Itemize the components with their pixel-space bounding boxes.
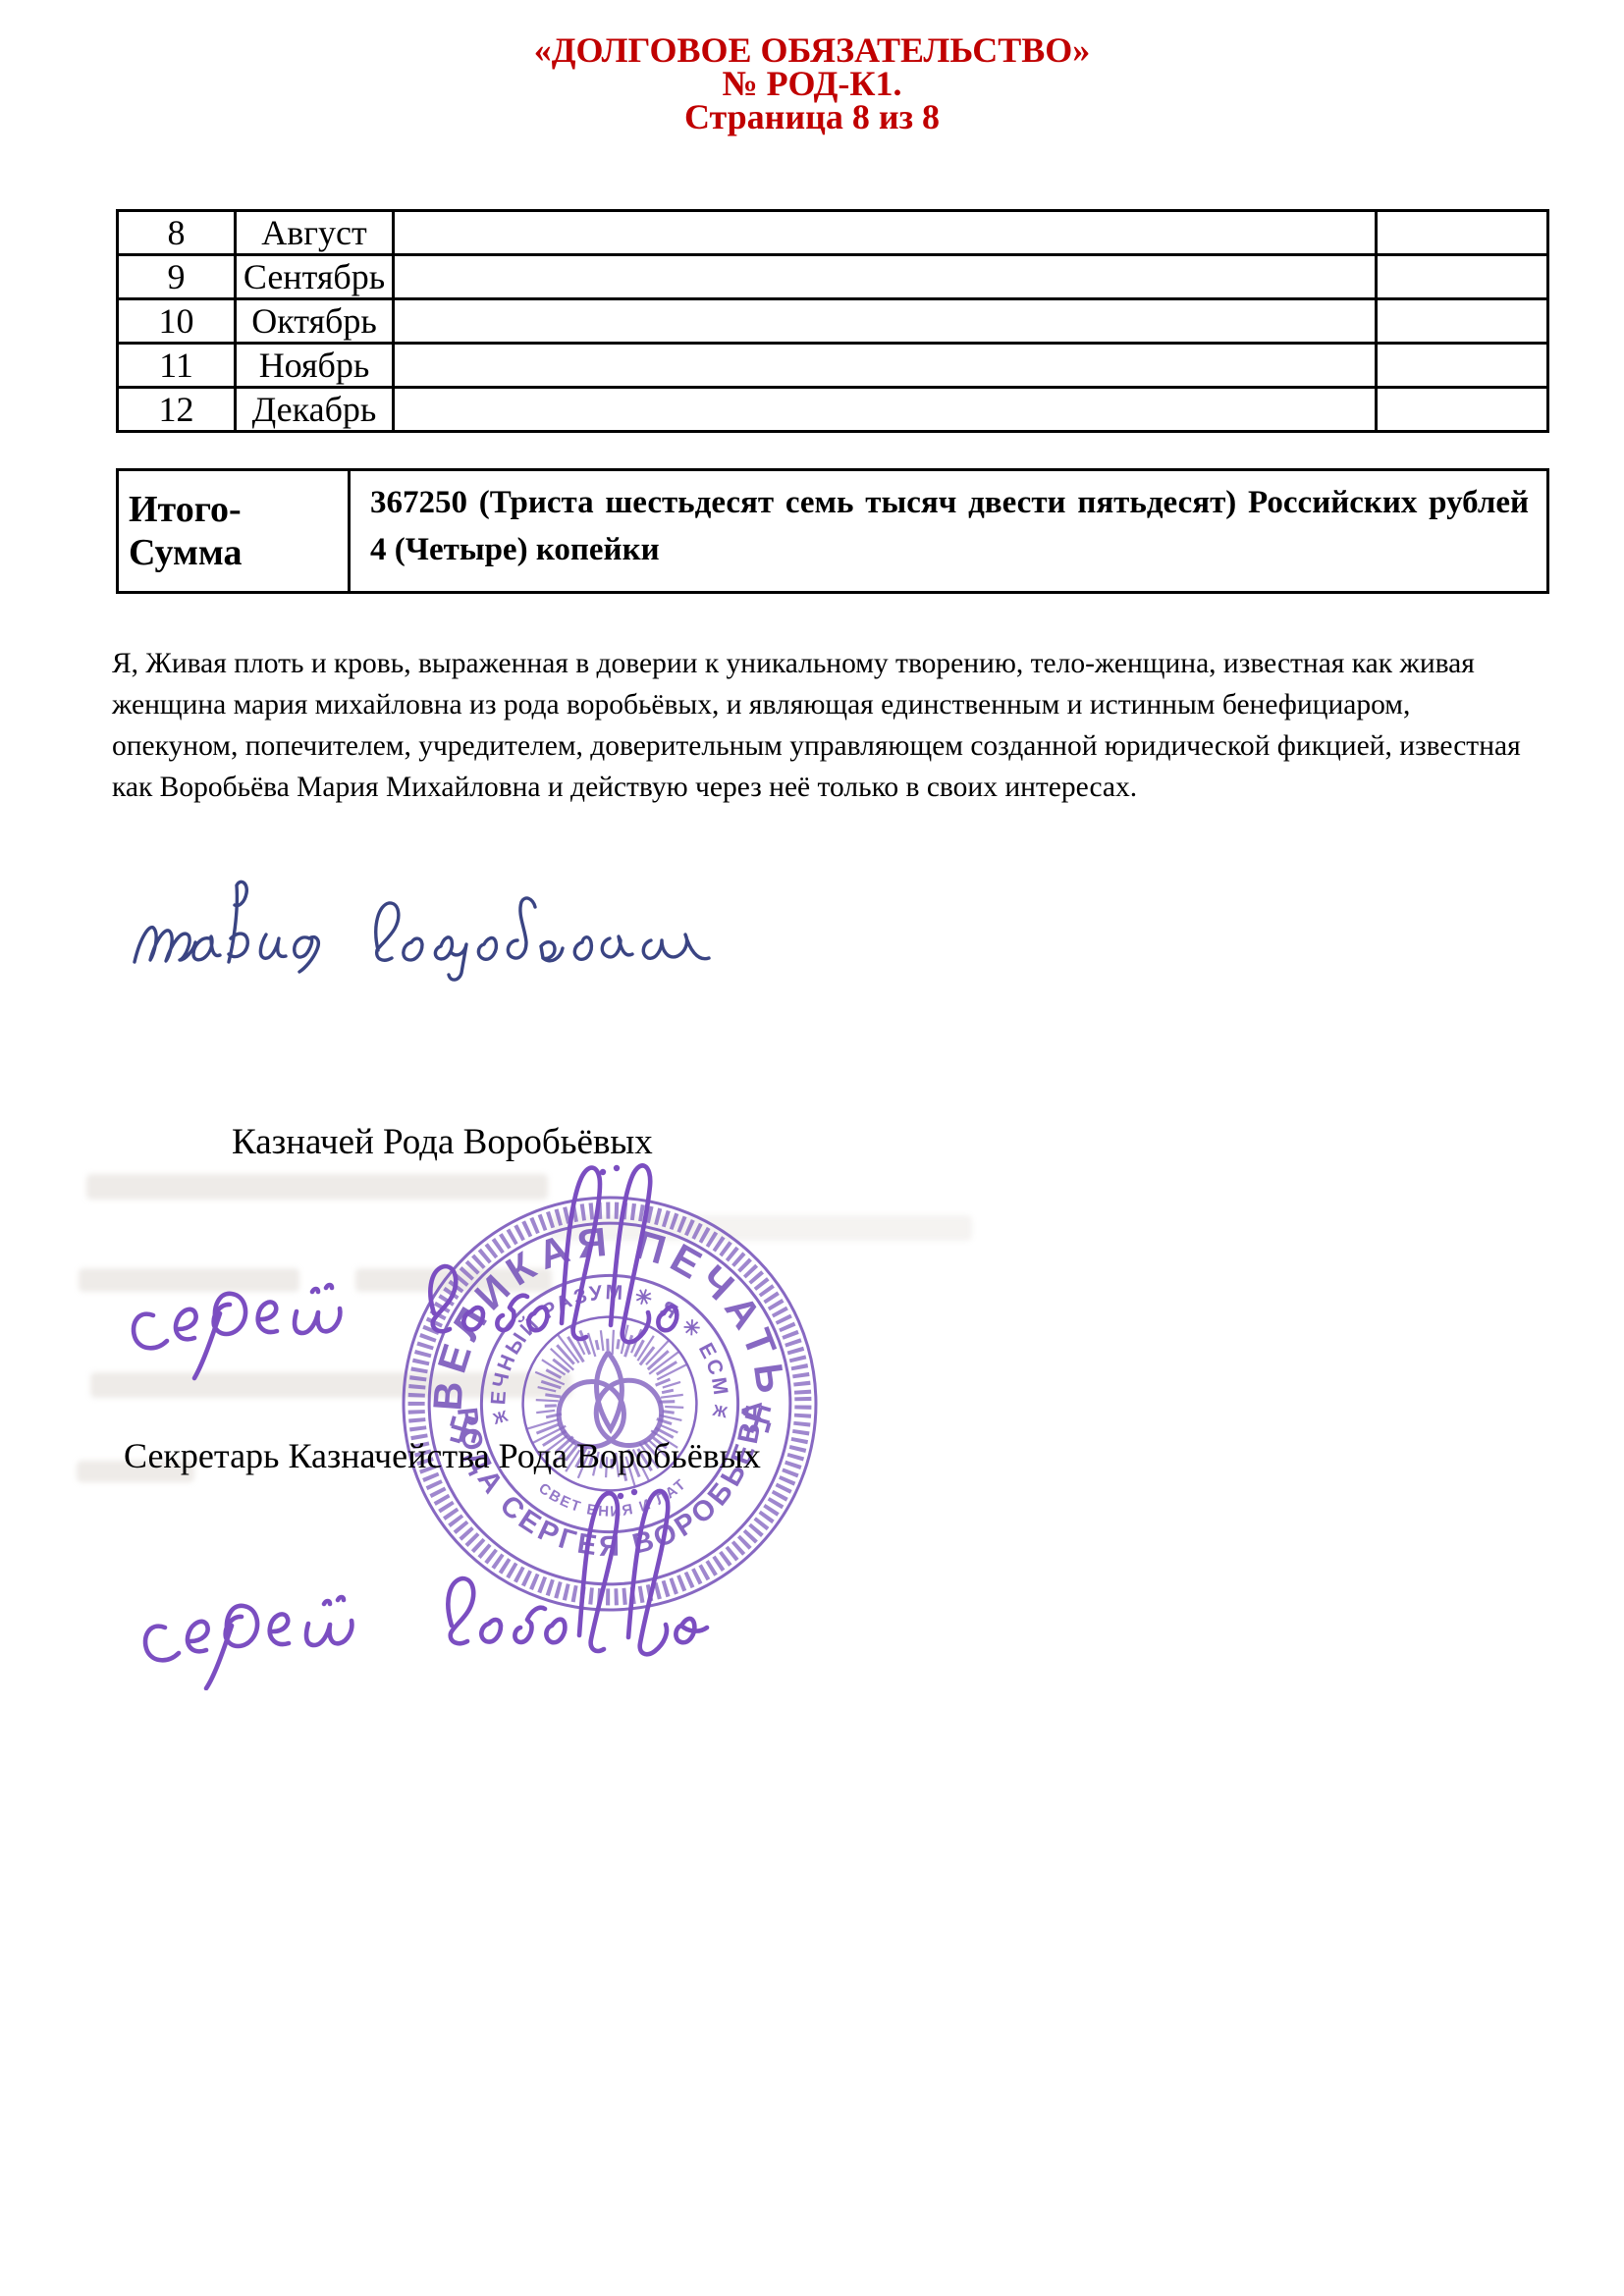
row-number-cell: 12 <box>118 388 236 432</box>
total-amount-line-1: 367250 (Триста шестьдесят семь тысяч две… <box>370 479 1529 526</box>
secretary-label: Секретарь Казначейства Рода Воробьёвых <box>124 1435 761 1476</box>
mark-cell <box>1377 344 1548 388</box>
title-line-2: № РОД-К1. <box>0 67 1624 100</box>
mark-cell <box>1377 388 1548 432</box>
treasurer-signature <box>110 1147 758 1382</box>
title-line-1: «ДОЛГОВОЕ ОБЯЗАТЕЛЬСТВО» <box>0 33 1624 67</box>
month-cell: Декабрь <box>236 388 394 432</box>
month-cell: Ноябрь <box>236 344 394 388</box>
row-number-cell: 11 <box>118 344 236 388</box>
month-cell: Август <box>236 211 394 255</box>
payment-schedule-table: 8 Август 9 Сентябрь 10 Октябрь 11 Ноябрь <box>116 209 1549 433</box>
document-page: «ДОЛГОВОЕ ОБЯЗАТЕЛЬСТВО» № РОД-К1. Стран… <box>0 0 1624 2296</box>
mark-cell <box>1377 299 1548 344</box>
principal-signature <box>116 856 734 993</box>
month-cell: Сентябрь <box>236 255 394 299</box>
table-row: 10 Октябрь <box>118 299 1548 344</box>
document-title: «ДОЛГОВОЕ ОБЯЗАТЕЛЬСТВО» № РОД-К1. Стран… <box>0 33 1624 133</box>
table-row: 8 Август <box>118 211 1548 255</box>
seal-side-mark-left: Ж <box>490 1408 510 1429</box>
table-row: 11 Ноябрь <box>118 344 1548 388</box>
value-cell <box>394 255 1377 299</box>
month-cell: Октябрь <box>236 299 394 344</box>
value-cell <box>394 299 1377 344</box>
mark-cell <box>1377 211 1548 255</box>
table-row: 12 Декабрь <box>118 388 1548 432</box>
row-number-cell: 10 <box>118 299 236 344</box>
treasurer-label: Казначей Рода Воробьёвых <box>232 1121 653 1163</box>
total-sum-table: Итого-Сумма 367250 (Триста шестьдесят се… <box>116 468 1549 594</box>
value-cell <box>394 211 1377 255</box>
table-row: Итого-Сумма 367250 (Триста шестьдесят се… <box>118 470 1548 593</box>
total-amount-cell: 367250 (Триста шестьдесят семь тысяч две… <box>350 470 1548 593</box>
total-label-cell: Итого-Сумма <box>118 470 350 593</box>
seal-side-mark-right: Ж <box>710 1402 729 1422</box>
value-cell <box>394 388 1377 432</box>
table-row: 9 Сентябрь <box>118 255 1548 299</box>
title-line-3: Страница 8 из 8 <box>0 100 1624 133</box>
row-number-cell: 8 <box>118 211 236 255</box>
declaration-paragraph: Я, Живая плоть и кровь, выраженная в дов… <box>112 643 1531 808</box>
total-amount-line-2: 4 (Четыре) копейки <box>370 526 1529 573</box>
row-number-cell: 9 <box>118 255 236 299</box>
secretary-signature <box>118 1484 805 1690</box>
value-cell <box>394 344 1377 388</box>
mark-cell <box>1377 255 1548 299</box>
